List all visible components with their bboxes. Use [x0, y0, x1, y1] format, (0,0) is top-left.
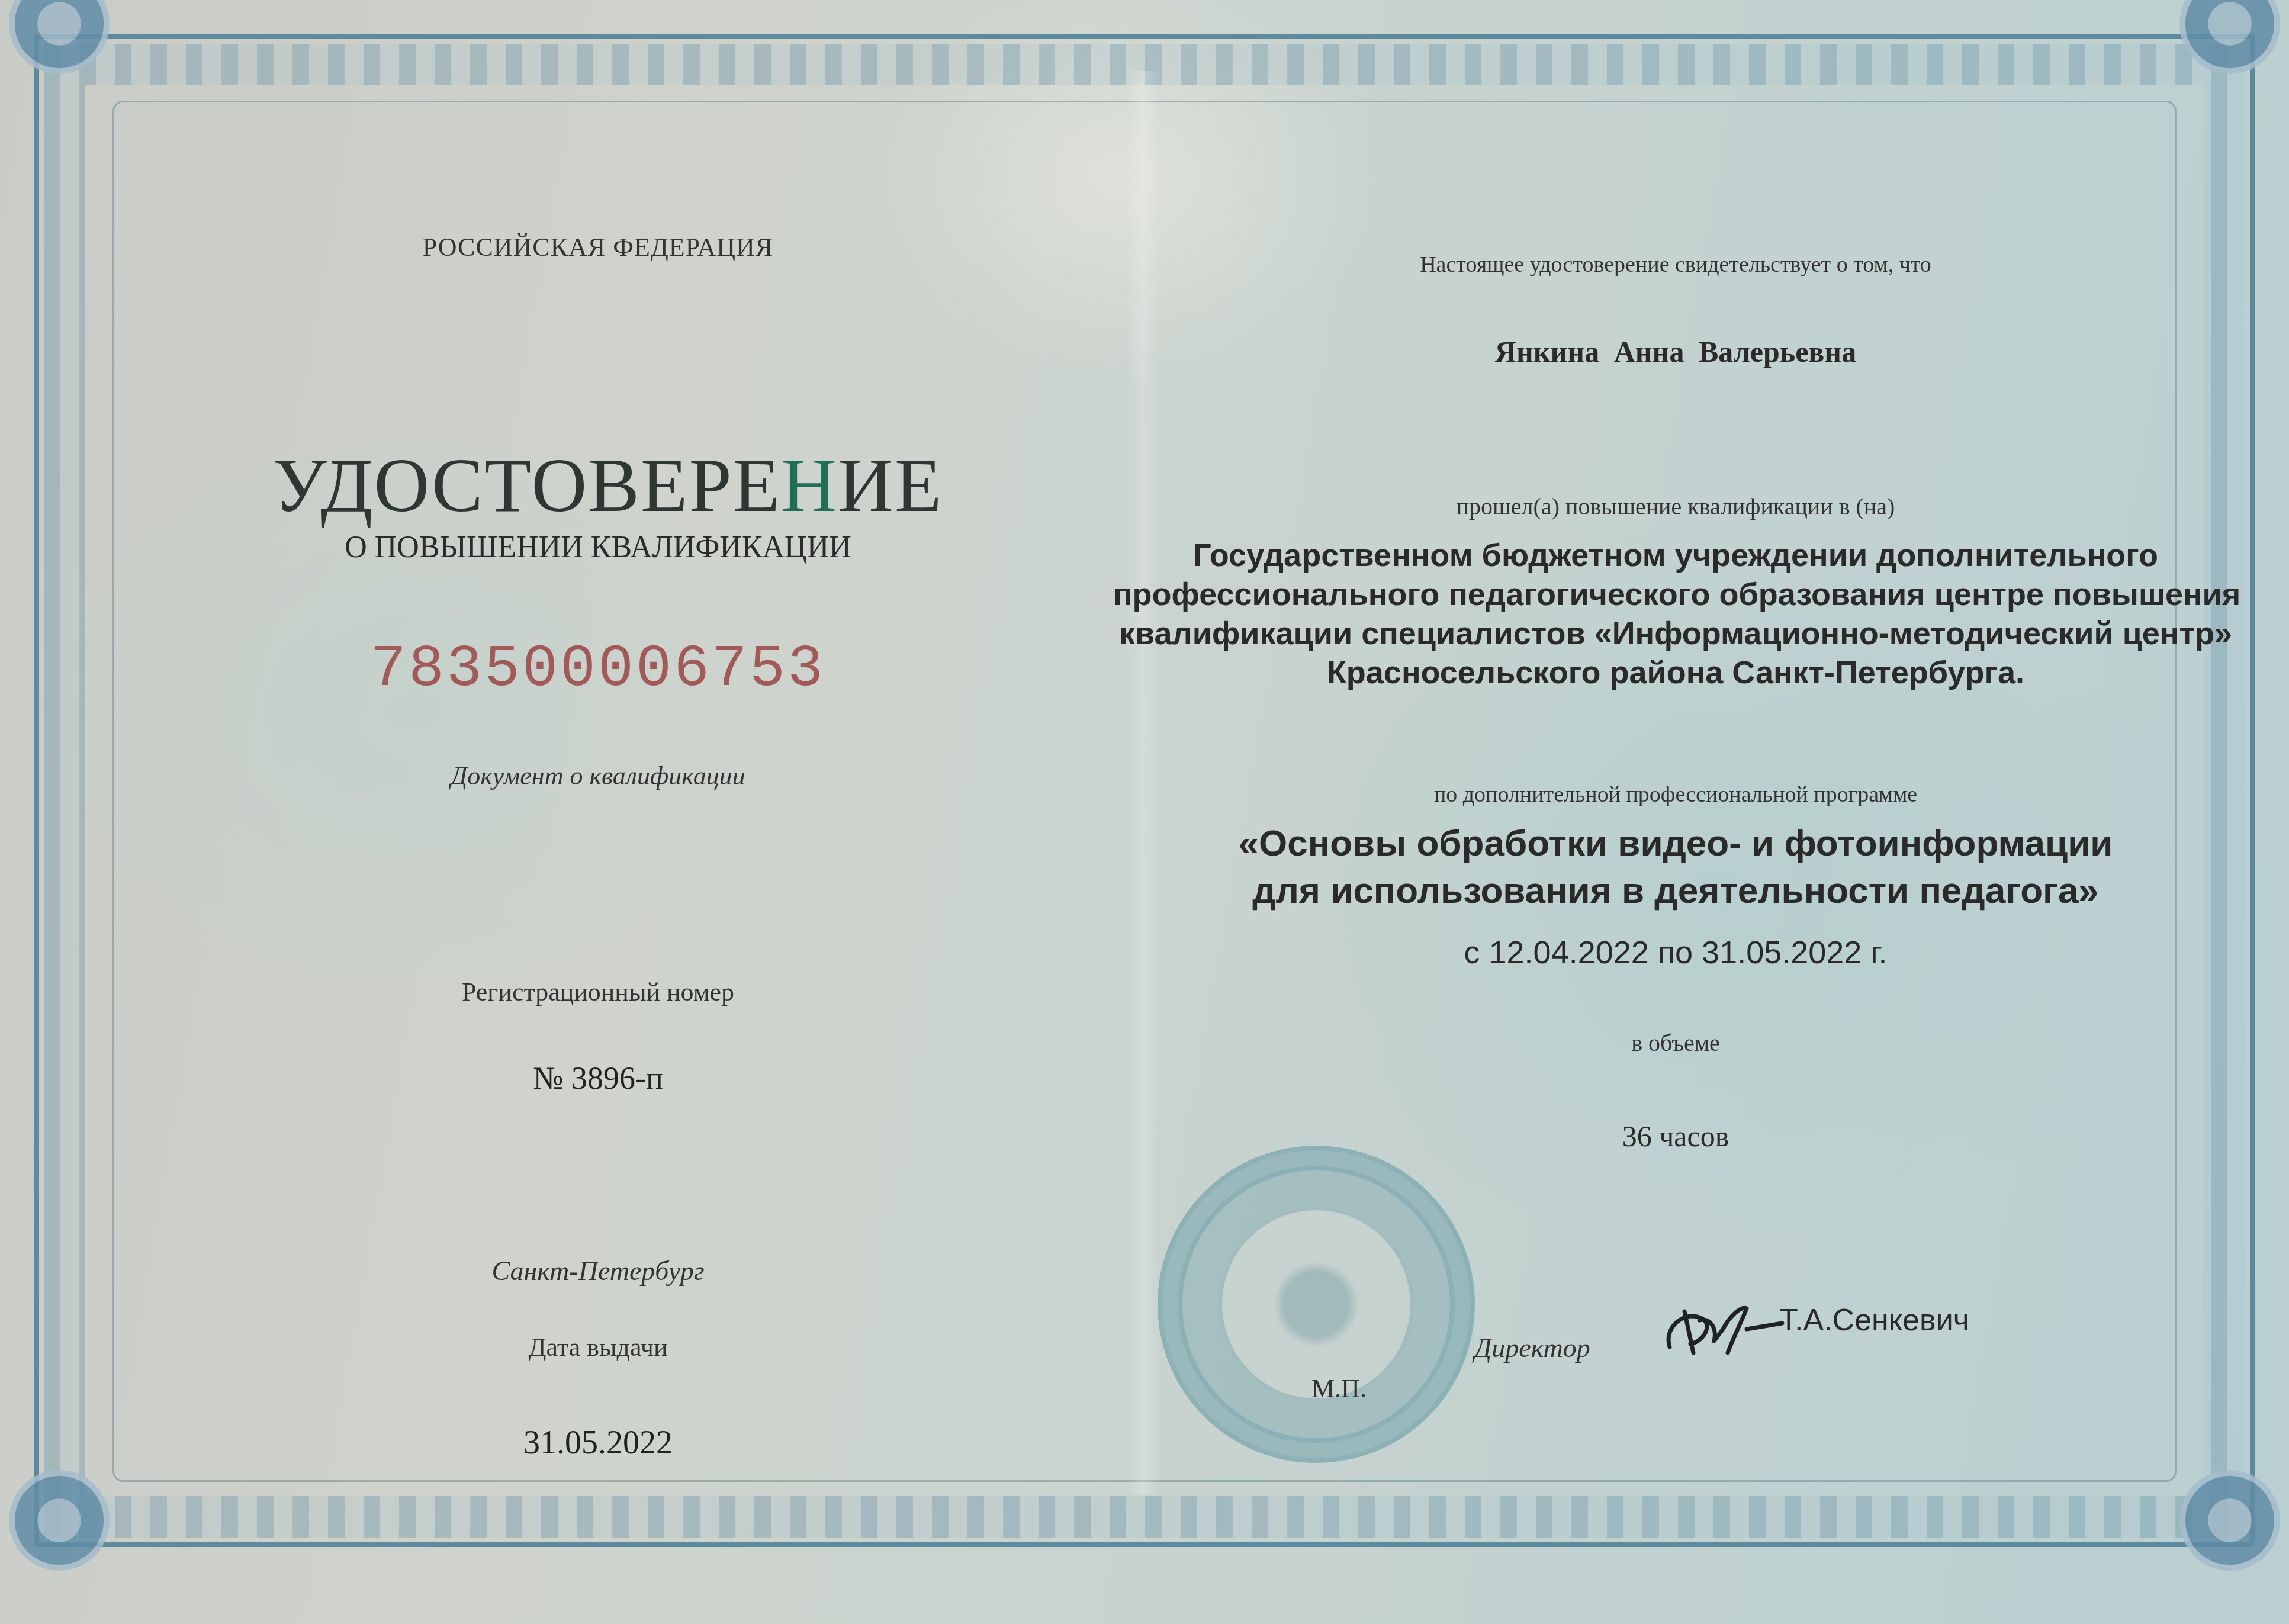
certificate-sheet: РОССИЙСКАЯ ФЕДЕРАЦИЯ УДОСТОВЕРЕНИЕ О ПОВ… [0, 0, 2289, 1624]
issue-city: Санкт-Петербург [272, 1255, 924, 1287]
passed-label: прошел(а) повышение квалификации в (на) [1113, 493, 2238, 520]
official-stamp [1158, 1146, 1475, 1463]
signature-icon [1658, 1294, 1794, 1365]
intro-text: Настоящее удостоверение свидетельствует … [1113, 252, 2238, 278]
program-title: «Основы обработки видео- и фотоинформаци… [1113, 820, 2238, 915]
document-type-label: Документ о квалификации [272, 761, 924, 791]
program-label: по дополнительной профессиональной прогр… [1113, 782, 2238, 808]
corner-ornament-bottom-right [2179, 1470, 2280, 1571]
organization-line: профессионального педагогического образо… [1113, 575, 2238, 614]
organization-line: квалификации специалистов «Информационно… [1113, 614, 2238, 653]
program-line: «Основы обработки видео- и фотоинформаци… [1113, 820, 2238, 867]
registration-number: № 3896-п [272, 1060, 924, 1096]
program-line: для использования в деятельности педагог… [1113, 867, 2238, 915]
registration-label: Регистрационный номер [272, 977, 924, 1007]
title-part: УДОСТОВЕРЕ [272, 443, 781, 528]
stamp-place-label: М.П. [1311, 1374, 1367, 1404]
document-subtitle: О ПОВЫШЕНИИ КВАЛИФИКАЦИИ [272, 530, 924, 565]
volume-label: в объеме [1113, 1029, 2238, 1057]
training-hours: 36 часов [1113, 1119, 2238, 1153]
organization-line: Государственном бюджетном учреждении доп… [1113, 536, 2238, 575]
title-accent-letter: Н [781, 443, 838, 528]
country-heading: РОССИЙСКАЯ ФЕДЕРАЦИЯ [272, 232, 924, 262]
corner-ornament-bottom-left [9, 1470, 110, 1571]
document-title: УДОСТОВЕРЕНИЕ [272, 441, 924, 530]
issue-date: 31.05.2022 [272, 1424, 924, 1462]
recipient-name: Янкина Анна Валерьевна [1113, 335, 2238, 369]
training-period: с 12.04.2022 по 31.05.2022 г. [1113, 934, 2238, 971]
title-part: ИЕ [838, 443, 943, 528]
director-label: Директор [1474, 1332, 1590, 1363]
coat-of-arms-icon [1266, 1254, 1367, 1355]
issue-date-label: Дата выдачи [272, 1332, 924, 1362]
organization-name: Государственном бюджетном учреждении доп… [1113, 536, 2238, 692]
director-name: Т.А.Сенкевич [1779, 1303, 1969, 1338]
organization-line: Красносельского района Санкт-Петербурга. [1113, 653, 2238, 692]
serial-number: 783500006753 [272, 636, 924, 703]
